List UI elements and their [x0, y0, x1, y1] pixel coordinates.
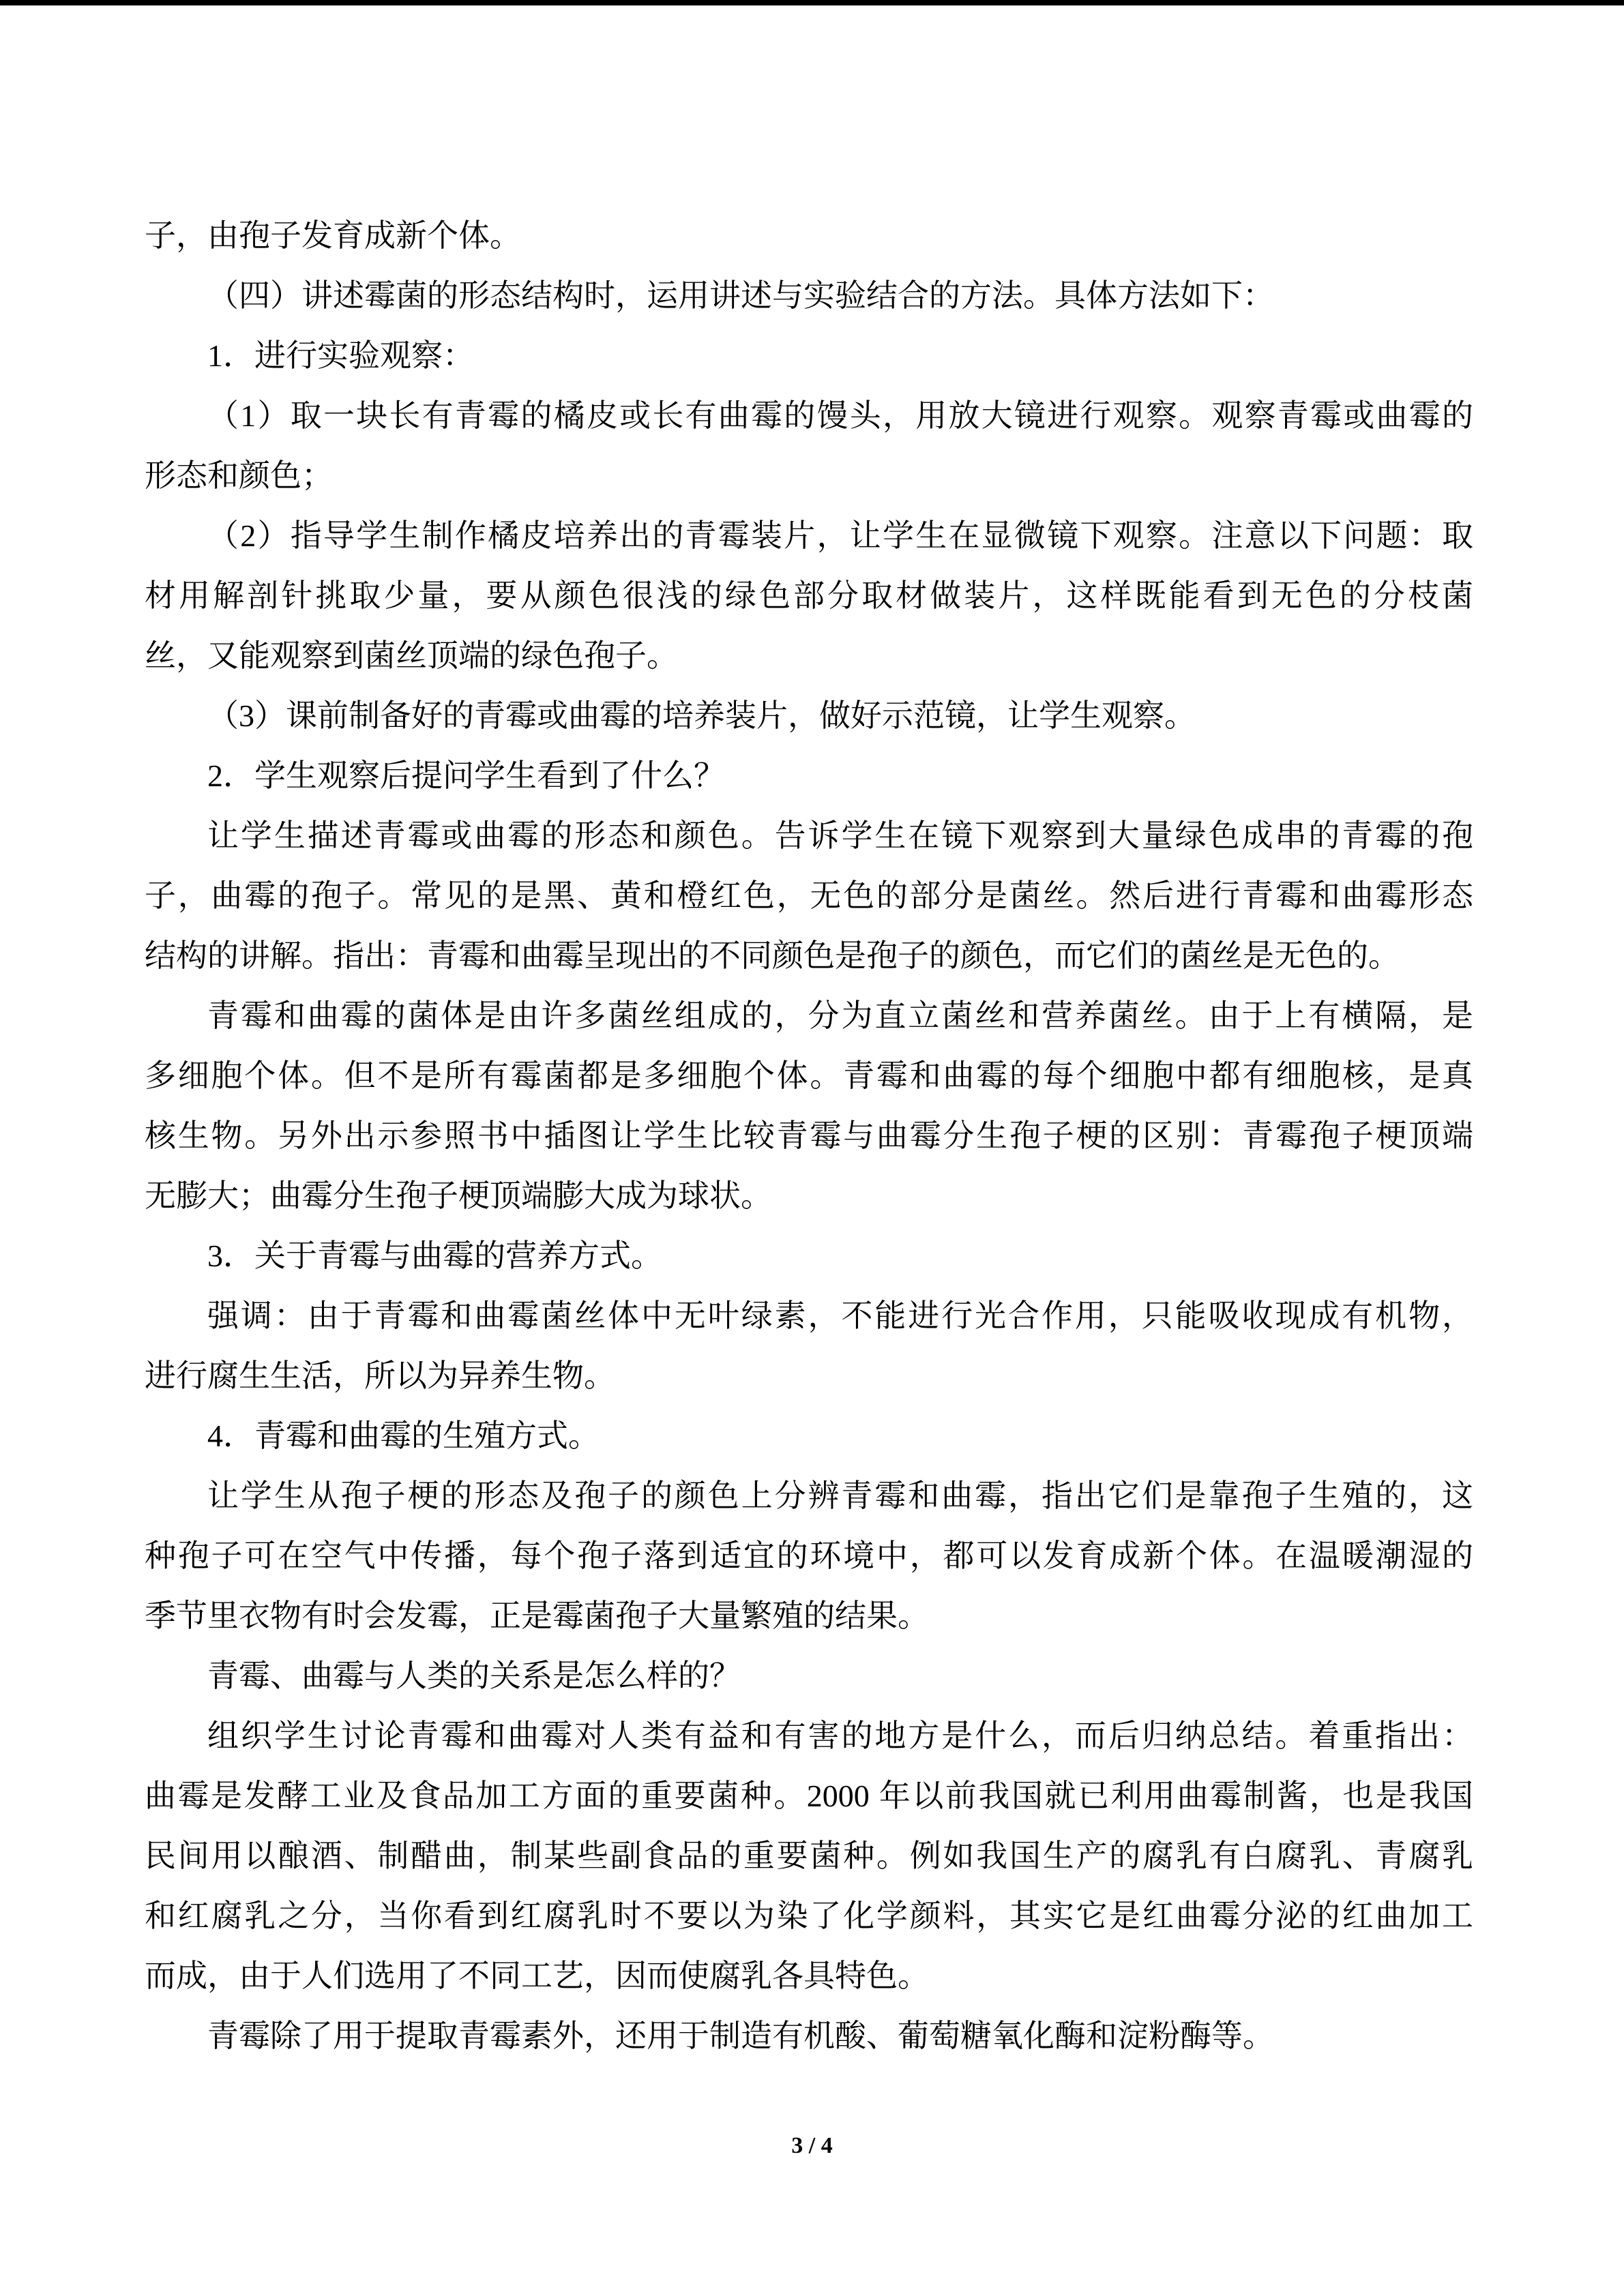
body-line: 进行腐生生活，所以为异养生物。: [145, 1346, 1473, 1406]
body-line: 4．青霉和曲霉的生殖方式。: [145, 1406, 1473, 1466]
body-line: 多细胞个体。但不是所有霉菌都是多细胞个体。青霉和曲霉的每个细胞中都有细胞核，是真: [145, 1046, 1473, 1106]
body-line: （1）取一块长有青霉的橘皮或长有曲霉的馒头，用放大镜进行观察。观察青霉或曲霉的: [145, 386, 1473, 446]
body-line: 结构的讲解。指出：青霉和曲霉呈现出的不同颜色是孢子的颜色，而它们的菌丝是无色的。: [145, 926, 1473, 986]
document-page: 子，由孢子发育成新个体。（四）讲述霉菌的形态结构时，运用讲述与实验结合的方法。具…: [0, 0, 1624, 2296]
body-line: 强调：由于青霉和曲霉菌丝体中无叶绿素，不能进行光合作用，只能吸收现成有机物，: [145, 1286, 1473, 1346]
body-line: 青霉、曲霉与人类的关系是怎么样的？: [145, 1646, 1473, 1706]
body-line: 核生物。另外出示参照书中插图让学生比较青霉与曲霉分生孢子梗的区别：青霉孢子梗顶端: [145, 1106, 1473, 1166]
body-line: 季节里衣物有时会发霉，正是霉菌孢子大量繁殖的结果。: [145, 1586, 1473, 1646]
body-line: 让学生从孢子梗的形态及孢子的颜色上分辨青霉和曲霉，指出它们是靠孢子生殖的，这: [145, 1466, 1473, 1526]
body-line: 和红腐乳之分，当你看到红腐乳时不要以为染了化学颜料，其实它是红曲霉分泌的红曲加工: [145, 1886, 1473, 1946]
body-line: 无膨大；曲霉分生孢子梗顶端膨大成为球状。: [145, 1166, 1473, 1226]
body-line: （2）指导学生制作橘皮培养出的青霉装片，让学生在显微镜下观察。注意以下问题：取: [145, 506, 1473, 566]
body-line: 3．关于青霉与曲霉的营养方式。: [145, 1226, 1473, 1286]
page-top-border: [0, 0, 1624, 5]
body-line: 2．学生观察后提问学生看到了什么？: [145, 746, 1473, 806]
body-line: （四）讲述霉菌的形态结构时，运用讲述与实验结合的方法。具体方法如下：: [145, 266, 1473, 326]
body-line: 子，由孢子发育成新个体。: [145, 206, 1473, 266]
body-line: 曲霉是发酵工业及食品加工方面的重要菌种。2000 年以前我国就已利用曲霉制酱，也…: [145, 1766, 1473, 1826]
body-line: 材用解剖针挑取少量，要从颜色很浅的绿色部分取材做装片，这样既能看到无色的分枝菌: [145, 566, 1473, 626]
body-line: 让学生描述青霉或曲霉的形态和颜色。告诉学生在镜下观察到大量绿色成串的青霉的孢: [145, 806, 1473, 866]
body-line: 青霉和曲霉的菌体是由许多菌丝组成的，分为直立菌丝和营养菌丝。由于上有横隔，是: [145, 986, 1473, 1046]
body-line: 丝，又能观察到菌丝顶端的绿色孢子。: [145, 626, 1473, 686]
document-body: 子，由孢子发育成新个体。（四）讲述霉菌的形态结构时，运用讲述与实验结合的方法。具…: [145, 206, 1473, 2066]
page-number: 3 / 4: [0, 2129, 1624, 2163]
body-line: 1．进行实验观察：: [145, 326, 1473, 386]
body-line: 而成，由于人们选用了不同工艺，因而使腐乳各具特色。: [145, 1946, 1473, 2006]
body-line: 组织学生讨论青霉和曲霉对人类有益和有害的地方是什么，而后归纳总结。着重指出：: [145, 1706, 1473, 1766]
body-line: 种孢子可在空气中传播，每个孢子落到适宜的环境中，都可以发育成新个体。在温暖潮湿的: [145, 1526, 1473, 1586]
body-line: 形态和颜色；: [145, 446, 1473, 506]
body-line: （3）课前制备好的青霉或曲霉的培养装片，做好示范镜，让学生观察。: [145, 686, 1473, 746]
body-line: 民间用以酿酒、制醋曲，制某些副食品的重要菌种。例如我国生产的腐乳有白腐乳、青腐乳: [145, 1826, 1473, 1886]
body-line: 子，曲霉的孢子。常见的是黑、黄和橙红色，无色的部分是菌丝。然后进行青霉和曲霉形态: [145, 866, 1473, 926]
body-line: 青霉除了用于提取青霉素外，还用于制造有机酸、葡萄糖氧化酶和淀粉酶等。: [145, 2006, 1473, 2066]
